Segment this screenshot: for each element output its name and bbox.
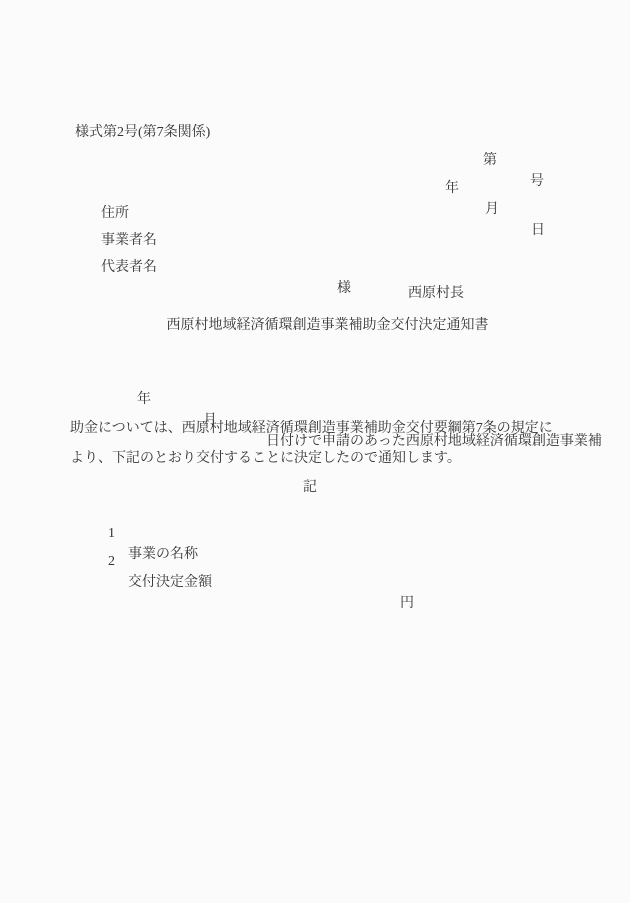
sender-village-mayor: 西原村長: [408, 283, 464, 304]
item-number: 2: [108, 551, 115, 572]
body-line3-text: より、下記のとおり交付することに決定したので通知します。: [70, 448, 461, 469]
item-label: 交付決定金額: [128, 572, 212, 593]
document-page: 様式第2号(第7条関係) 第 号 年 月 日 住所 事業者名 代表者名 様 西原…: [0, 0, 630, 903]
item-value-unit: 円: [400, 593, 414, 614]
document-title: 西原村地域経済循環創造事業補助金交付決定通知書: [0, 315, 630, 336]
record-marker: 記: [0, 477, 630, 498]
list-item-grant-amount: 2 交付決定金額 円: [0, 530, 630, 635]
